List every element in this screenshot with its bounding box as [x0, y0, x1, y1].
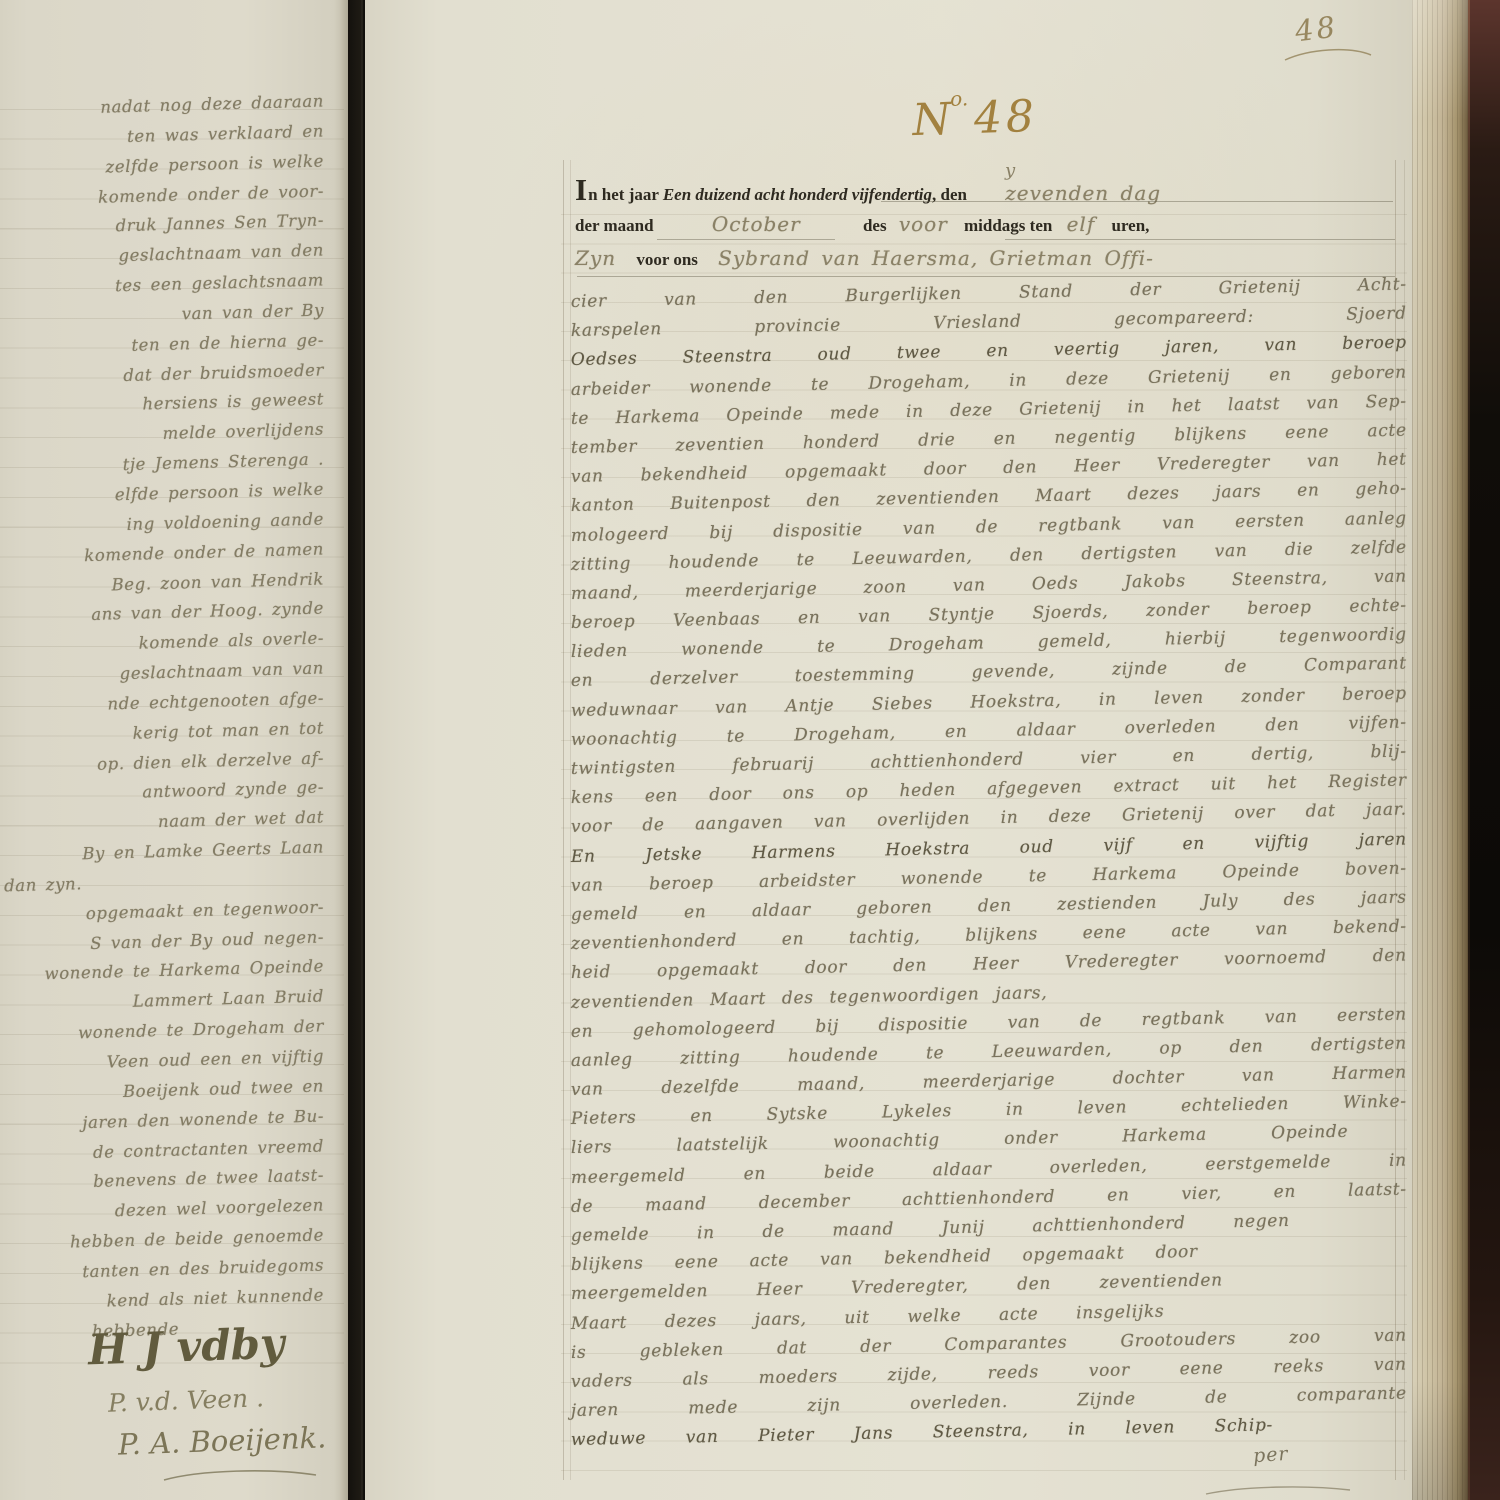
book-cover-edge	[1468, 0, 1500, 1500]
printed-text: voor ons	[636, 250, 698, 269]
handwritten-official-name: Sybrand van Haersma, Grietman Offi-	[718, 246, 1154, 270]
register-book-scan: nadat nog deze daaraanten was verklaard …	[0, 0, 1500, 1500]
left-page: nadat nog deze daaraanten was verklaard …	[0, 0, 348, 1500]
corner-number-flourish	[1283, 46, 1375, 64]
act-number-value: 48	[973, 91, 1039, 144]
form-line-year: In het jaar Een duizend acht honderd vij…	[575, 172, 1161, 208]
page-edge-stack	[1412, 0, 1468, 1500]
act-number-superscript: o.	[950, 86, 969, 111]
printed-text: middags ten	[964, 216, 1052, 235]
catchword: per	[1252, 1443, 1289, 1467]
gutter-shadow-line	[361, 0, 363, 1500]
handwritten-month: October	[712, 212, 801, 236]
corner-page-number: 48	[1293, 10, 1340, 49]
printed-text: der maand	[575, 216, 654, 235]
form-blank-rule	[881, 201, 1393, 202]
handwritten-hour: elf	[1067, 212, 1096, 236]
handwritten-zijn: Zyn	[575, 246, 616, 270]
book-gutter-fold	[340, 0, 368, 1500]
left-margin-rule	[563, 160, 564, 1480]
right-page: 48 No. 48 In het jaar Een duizend acht h…	[365, 0, 1412, 1500]
ornamental-initial: I	[575, 172, 588, 207]
printed-text: n het jaar	[588, 185, 659, 204]
printed-text: des	[863, 216, 887, 235]
stray-ink-mark: y	[1005, 160, 1015, 181]
act-number-prefix: N	[911, 94, 951, 146]
form-line-month-time: der maand October des voor middags ten e…	[575, 212, 1149, 236]
signature-witness-2: P. A. Boeijenk.	[117, 1420, 326, 1461]
form-line-official: Zyn voor ons Sybrand van Haersma, Grietm…	[575, 246, 1154, 270]
act-number-heading: No. 48	[864, 82, 1086, 148]
signature-flourish-underline	[160, 1468, 320, 1484]
form-blank-rule	[1005, 239, 1395, 240]
form-blank-rule	[657, 239, 835, 240]
handwritten-daypart: voor	[899, 212, 948, 236]
signature-bridegroom: H J vdby	[87, 1319, 285, 1375]
signature-witness-1: P. v.d. Veen .	[108, 1383, 265, 1417]
catchword-flourish	[1203, 1484, 1353, 1498]
left-page-handwritten-text: nadat nog deze daaraanten was verklaard …	[0, 86, 340, 1346]
printed-text: uren,	[1111, 216, 1149, 235]
act-body-handwritten-text: cier van den Burgerlijken Stand der Grie…	[571, 288, 1407, 1456]
